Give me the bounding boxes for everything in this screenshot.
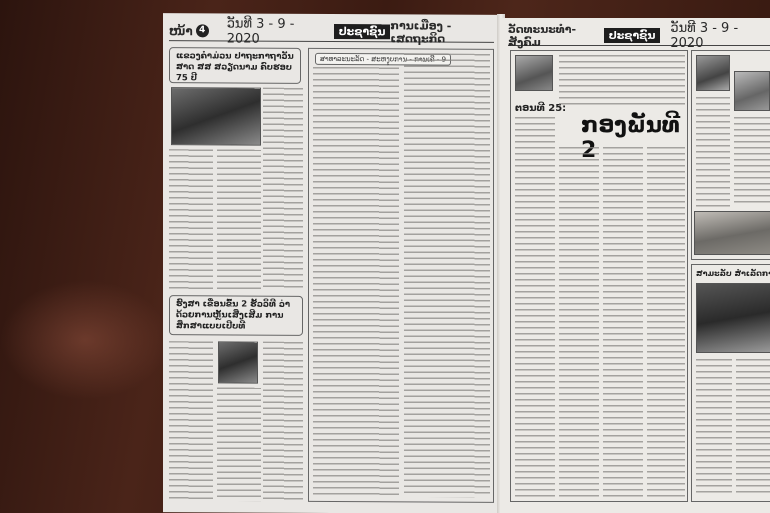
event-photo-ground [694,211,770,255]
article-text [647,147,685,497]
intro-text [559,55,685,105]
section-title: ວັດທະນະທໍາ-ສັງຄົມ [508,23,604,49]
event-photo [734,71,770,111]
page-number-badge: 4 [196,24,209,37]
main-article-box: ສາທາລະນະລັດ - ສະຫງຸບການ - ການເຄີ - 9 [308,48,494,503]
article-text [263,88,303,288]
headline-1: ແຂວງຄໍາມ່ວນ ປາຖະກາຖາວັນສາດ ສສ ສວຽດນາມ ຄົ… [170,48,300,88]
serial-story-box: ຕອນທີ 25: ກອງພັນທີ 2 [510,50,688,502]
article-text [263,342,303,502]
emblem-photo [696,55,730,91]
news-box-right [691,50,770,260]
article-text [404,53,490,497]
article-text [736,359,770,497]
headline-2: ຮົງສາ ເຂື່ອນຂົ້ນ 2 ຮັ້ວວິທີ ວ່າດ້ວຍການຫຼ… [170,296,302,336]
article-text [515,117,555,497]
section-title: ການເມືອງ - ເສດຖະກິດ [390,19,494,46]
article-photo-speaker [171,87,261,145]
news-box-right-2: ສາມະລັບ ສໍາເລັດການເຄີບ ໃ [691,264,770,502]
headline-box-1: ແຂວງຄໍາມ່ວນ ປາຖະກາຖາວັນສາດ ສສ ສວຽດນາມ ຄົ… [169,47,301,84]
article-text [313,67,399,497]
article-text [734,117,770,207]
page-header: ວັດທະນະທໍາ-ສັງຄົມ ປະຊາຊົນ ວັນທີ 3 - 9 - … [508,26,770,46]
headline-right: ສາມະລັບ ສໍາເລັດການເຄີບ ໃ [696,269,770,278]
headline-box-2: ຮົງສາ ເຂື່ອນຂົ້ນ 2 ຮັ້ວວິທີ ວ່າດ້ວຍການຫຼ… [169,295,303,336]
article-text [696,97,730,207]
newspaper-left-page: ໜ້າ 4 ວັນທີ 3 - 9 - 2020 ປະຊາຊົນ ການເມືອ… [163,13,500,513]
issue-date: ວັນທີ 3 - 9 - 2020 [227,16,318,46]
article-text [217,149,261,289]
article-text [559,147,599,497]
masthead-brand: ປະຊາຊົນ [334,24,391,39]
issue-date: ວັນທີ 3 - 9 - 2020 [670,21,770,51]
article-text [169,341,213,501]
story-photo [515,55,553,91]
page-header: ໜ້າ 4 ວັນທີ 3 - 9 - 2020 ປະຊາຊົນ ການເມືອ… [169,21,494,43]
article-text [696,359,732,497]
article-text [217,387,261,501]
page-label: ໜ້າ [169,24,193,38]
newspaper-right-page: ວັດທະນະທໍາ-ສັງຄົມ ປະຊາຊົນ ວັນທີ 3 - 9 - … [500,18,770,513]
masthead-brand: ປະຊາຊົນ [604,28,661,43]
table-reflection [0,280,170,400]
page-number: ໜ້າ 4 [169,24,209,38]
article-photo-portrait [218,341,258,383]
article-text [603,147,643,497]
group-photo [696,283,770,353]
article-text [169,149,213,289]
